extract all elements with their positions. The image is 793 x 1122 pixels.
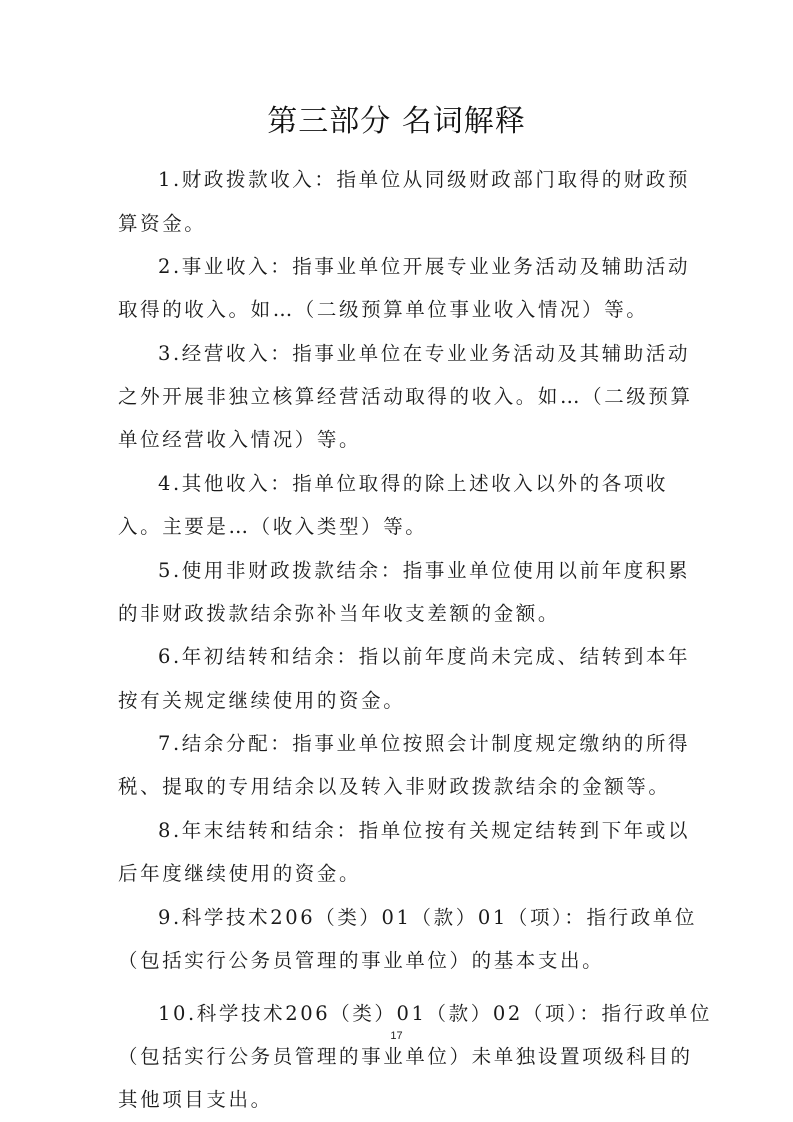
glossary-line: 6.年初结转和结余：指以前年度尚未完成、结转到本年 [158, 645, 718, 669]
glossary-line: 其他项目支出。 [118, 1088, 678, 1112]
glossary-line: 1.财政拨款收入：指单位从同级财政部门取得的财政预 [158, 168, 718, 192]
glossary-line: 入。主要是…（收入类型）等。 [118, 515, 678, 539]
glossary-line: 8.年末结转和结余：指单位按有关规定结转到下年或以 [158, 819, 718, 843]
glossary-line: 3.经营收入：指事业单位在专业业务活动及其辅助活动 [158, 342, 718, 366]
glossary-line: 10.科学技术206（类）01（款）02（项）：指行政单位 [158, 1002, 718, 1026]
glossary-line: 单位经营收入情况）等。 [118, 428, 678, 452]
glossary-line: 之外开展非独立核算经营活动取得的收入。如…（二级预算 [118, 385, 678, 409]
glossary-line: 4.其他收入：指单位取得的除上述收入以外的各项收 [158, 472, 718, 496]
glossary-line: 后年度继续使用的资金。 [118, 862, 678, 886]
glossary-line: 取得的收入。如…（二级预算单位事业收入情况）等。 [118, 298, 678, 322]
glossary-line: 7.结余分配：指事业单位按照会计制度规定缴纳的所得 [158, 732, 718, 756]
glossary-line: 按有关规定继续使用的资金。 [118, 689, 678, 713]
glossary-line: （包括实行公务员管理的事业单位）的基本支出。 [118, 949, 678, 973]
glossary-line: 税、提取的专用结余以及转入非财政拨款结余的金额等。 [118, 775, 678, 799]
document-page: 第三部分 名词解释 1.财政拨款收入：指单位从同级财政部门取得的财政预 算资金。… [0, 0, 793, 1122]
glossary-line: 的非财政拨款结余弥补当年收支差额的金额。 [118, 602, 678, 626]
glossary-line: 5.使用非财政拨款结余：指事业单位使用以前年度积累 [158, 559, 718, 583]
page-title: 第三部分 名词解释 [0, 96, 793, 140]
glossary-line: 2.事业收入：指事业单位开展专业业务活动及辅助活动 [158, 255, 718, 279]
page-number: 17 [0, 1030, 793, 1042]
glossary-line: 算资金。 [118, 212, 678, 236]
glossary-line: 9.科学技术206（类）01（款）01（项）：指行政单位 [158, 906, 718, 930]
glossary-line: （包括实行公务员管理的事业单位）未单独设置项级科目的 [118, 1045, 678, 1069]
